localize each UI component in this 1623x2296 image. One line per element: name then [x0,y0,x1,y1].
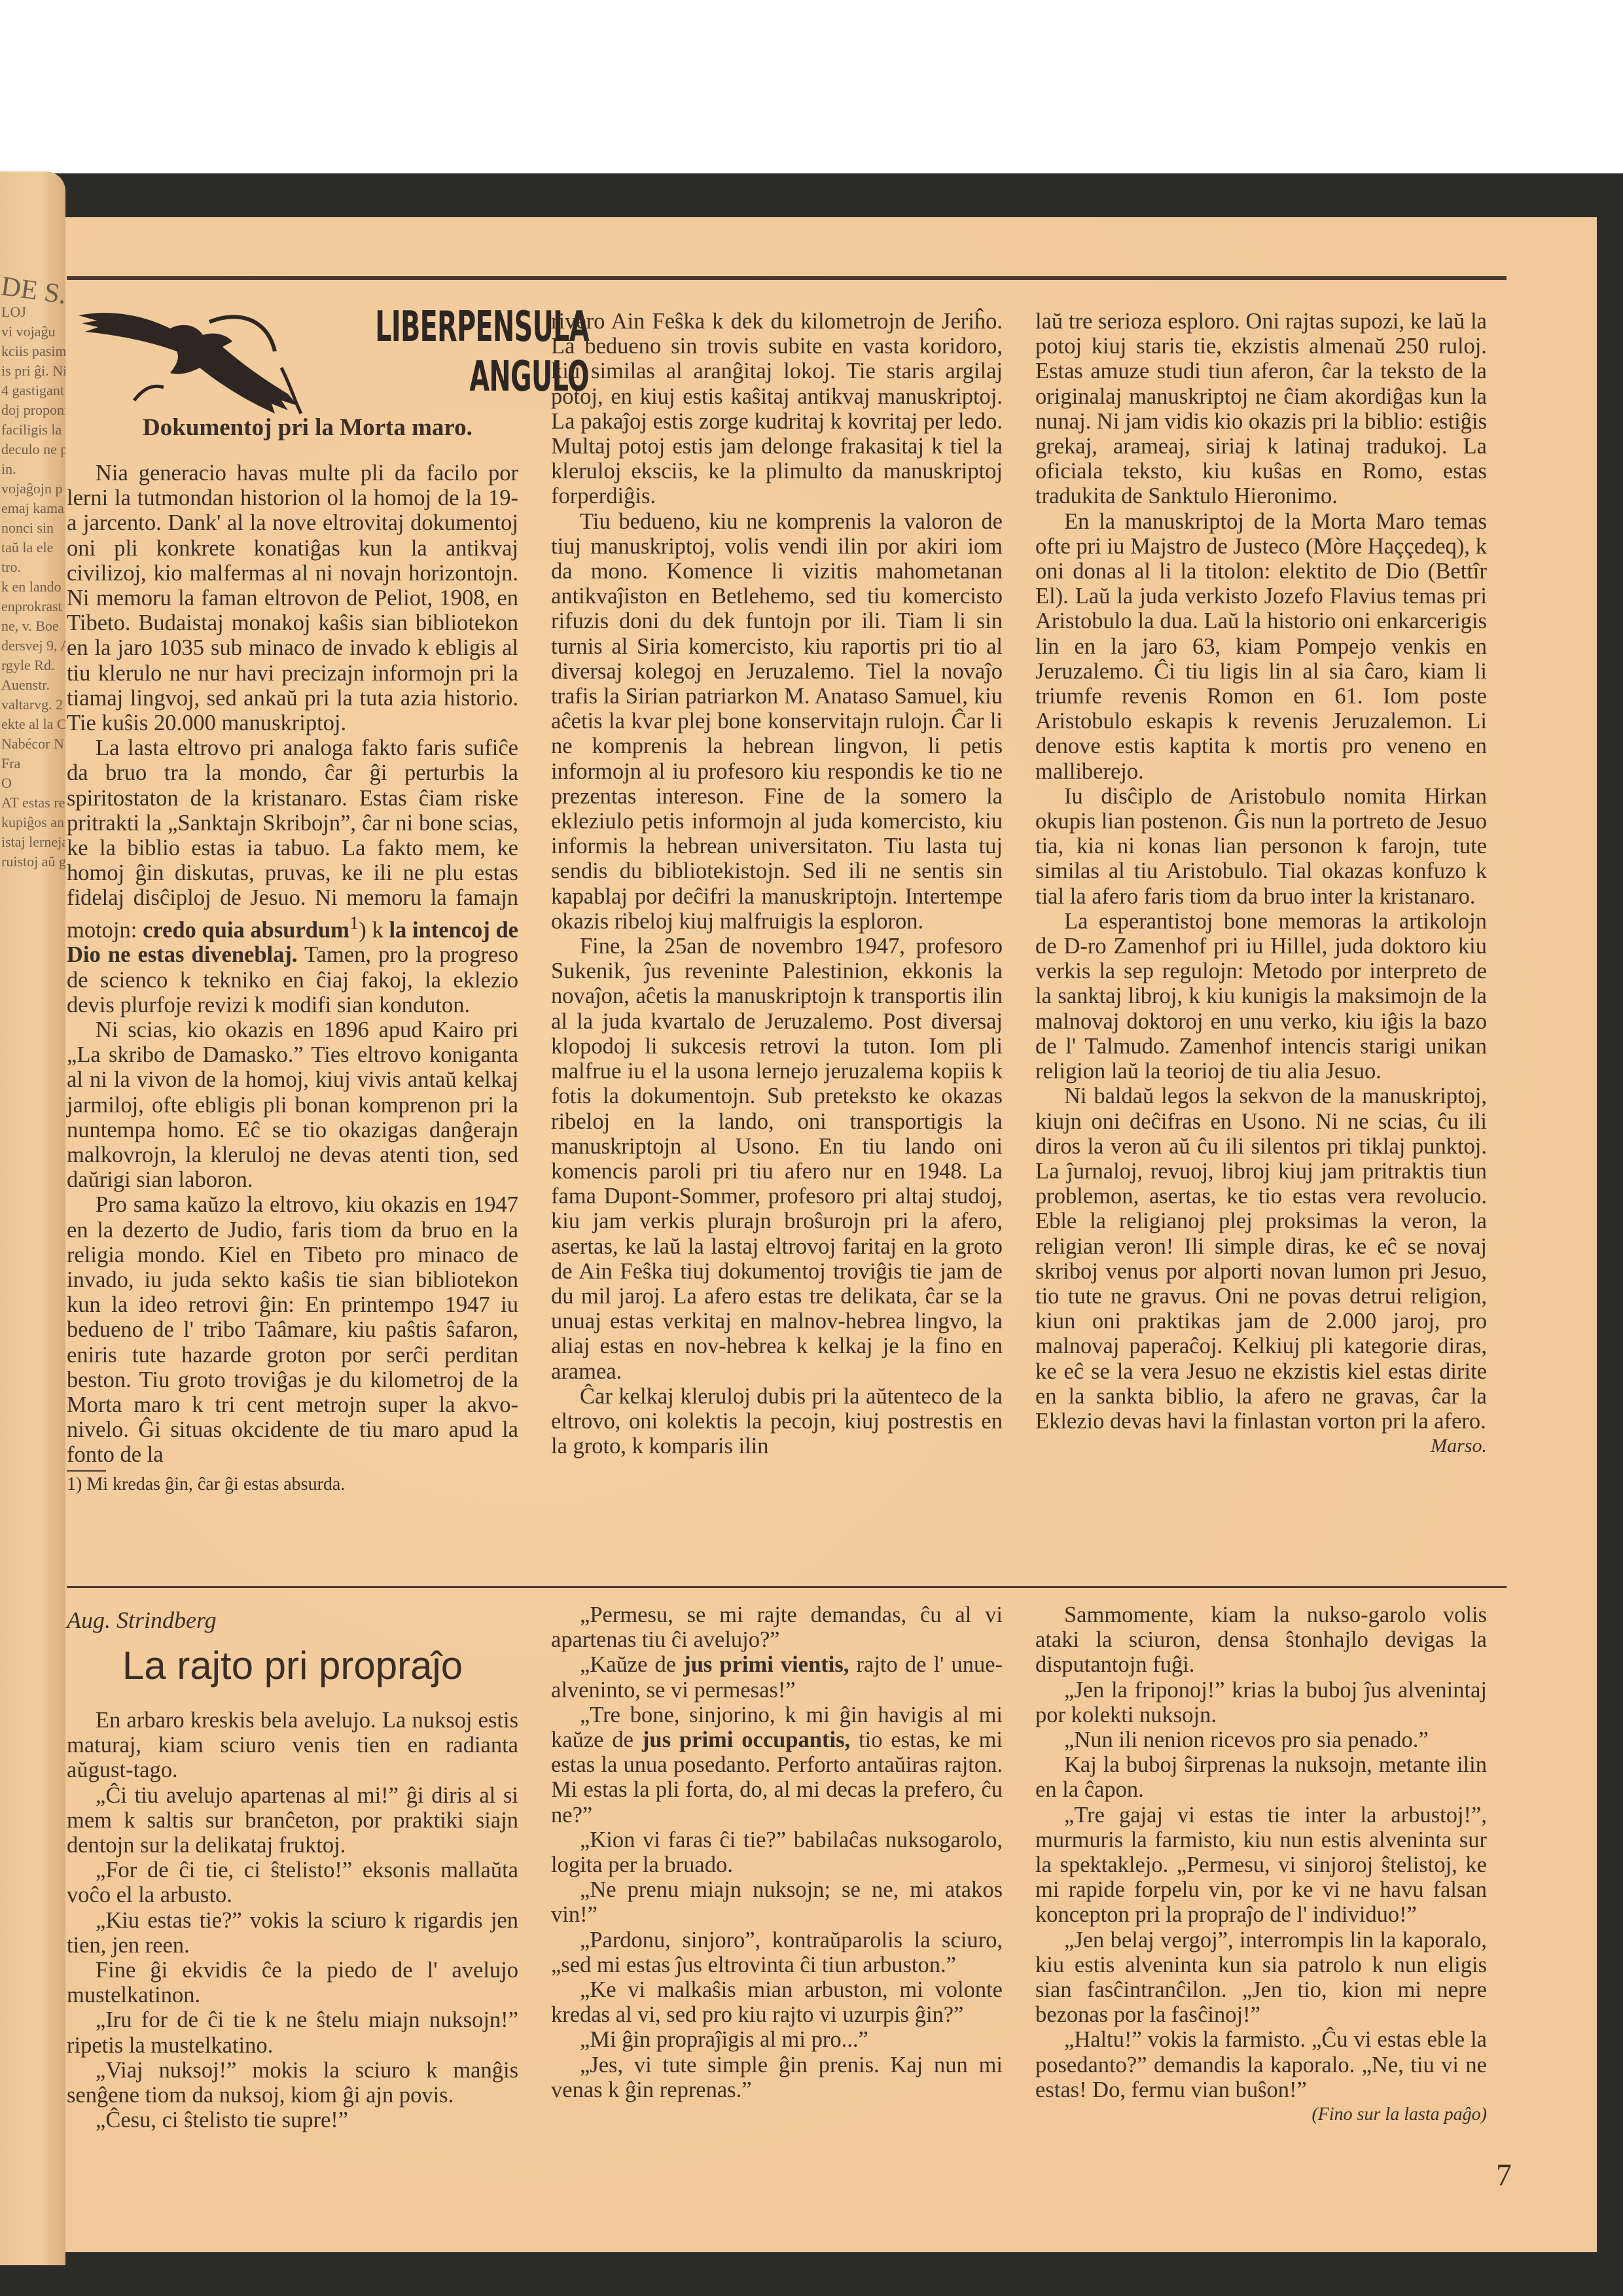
adjacent-page-fragment: ruistoj aŭ g [0,852,65,872]
paragraph: „Kaŭze de jus primi vientis, rajto de l'… [551,1652,1003,1702]
author-signature: Marso. [1431,1434,1487,1458]
story-column-3: Sammomente, kiam la nukso-garolo vo­lis … [1035,1602,1487,2127]
paragraph: Fine, la 25an de novembro 1947, profe­so… [551,934,1003,1384]
paragraph: rivero Ain Feŝka k dek du kilometrojn de… [551,309,1003,509]
adjacent-page-fragment: nonci sin [0,518,65,538]
adjacent-page-fragment: kupiĝos an [0,813,65,832]
paragraph: La esperantistoj bone memoras la arti­ko… [1035,909,1487,1084]
footnote-marker: 1 [349,913,359,934]
paragraph: „Kion vi faras ĉi tie?” babilaĉas nukso­… [551,1828,1003,1877]
latin-phrase: jus primi vientis, [683,1652,849,1677]
latin-motto: credo quia absurdum [143,917,349,942]
paragraph: „Haltu!” vokis la farmisto. „Ĉu vi estas… [1035,2027,1487,2102]
story-column-2: „Permesu, se mi rajte demandas, ĉu al vi… [551,1602,1003,2102]
paragraph: Ni baldaŭ legos la sekvon de la manus­kr… [1035,1084,1487,1434]
adjacent-page-fragment: kciis pasim [0,342,65,361]
story-author: Aug. Strindberg [67,1606,518,1634]
adjacent-page-fragment: ekte al la C [0,715,65,734]
paragraph: „Jes, vi tute simple ĝin prenis. Kaj nun… [551,2053,1003,2102]
adjacent-page-fragment: enprokrast [0,597,65,616]
section-divider [67,1586,1507,1588]
paragraph: „Ke vi malkaŝis mian arbuston, mi vo­lon… [551,1977,1003,2027]
top-rule [67,276,1507,280]
paragraph: „Tre bone, sinjorino, k mi ĝin havigis a… [551,1703,1003,1828]
paragraph: Sammomente, kiam la nukso-garolo vo­lis … [1035,1602,1487,1678]
adjacent-page-fragment: 4 gastigant [0,381,65,400]
adjacent-page-fragment: ne, v. Boe [0,616,65,636]
adjacent-page-fragment: tro. [0,557,65,577]
adjacent-page-fragment: dersvej 9, A [0,636,65,656]
paragraph: Ni scias, kio okazis en 1896 apud Kairo … [67,1017,518,1192]
adjacent-page-fragment: vojaĝojn p [0,479,65,499]
paragraph: La lasta eltrovo pri analoga fakto faris… [67,735,518,1017]
adjacent-page-fragment: Nabécor N [0,734,65,754]
paragraph: En la manuskriptoj de la Morta Maro tema… [1035,509,1487,784]
adjacent-page-fragment: k en lando [0,577,65,597]
adjacent-page-fragment: taŭ la ele [0,538,65,557]
paragraph: „Pardonu, sinjoro”, kontraŭparolis la sc… [551,1928,1003,1977]
paragraph: „For de ĉi tie, ci ŝtelisto!” eksonis ma… [67,1858,518,1907]
magazine-page: LIBERPENSULA ANGULO Dokumentoj pri la Mo… [65,217,1597,2252]
paragraph-text: La lasta eltrovo pri analoga fakto faris… [67,735,518,942]
adjacent-page-fragment: faciligis la [0,420,65,440]
paragraph: „Nun ili nenion ricevos pro sia penado.” [1035,1727,1487,1752]
paragraph: „Ĉi tiu avelujo apartenas al mi!” ĝi dir… [67,1783,518,1858]
paragraph: En arbaro kreskis bela avelujo. La nuk­s… [67,1708,518,1783]
paragraph: Iu disĉiplo de Aristobulo nomita Hirkan … [1035,784,1487,909]
paragraph: laŭ tre serioza esploro. Oni rajtas supo… [1035,309,1487,509]
paragraph: Ĉar kelkaj kleruloj dubis pri la aŭten­t… [551,1384,1003,1459]
adjacent-page-fragment: emaj kama [0,499,65,518]
paragraph: „Ne prenu miajn nuksojn; se ne, mi atako… [551,1877,1003,1927]
article-column-1: Nia generacio havas multe pli da facilo … [67,461,518,1495]
article-title: Dokumentoj pri la Morta maro. [124,414,491,442]
adjacent-page-fragment: AT estas re [0,793,65,813]
article-column-3: laŭ tre serioza esploro. Oni rajtas supo… [1035,309,1487,1458]
paragraph: „Jen belaj vergoj”, interrompis lin la k… [1035,1928,1487,2028]
paragraph: „Kiu estas tie?” vokis la sciuro k rigar… [67,1908,518,1958]
story-title: La rajto pri propraĵo [67,1640,518,1692]
paragraph-text: „Kaŭze de [580,1652,683,1677]
adjacent-page-fragment: doj proponis [0,400,65,420]
signature-line: Marso. [1035,1434,1487,1458]
paragraph: Kaj la buboj ŝirprenas la nuksojn, me­ta… [1035,1752,1487,1802]
latin-phrase: jus primi occupantis, [642,1727,850,1752]
footnote: 1) Mi kredas ĝin, ĉar ĝi estas absurda. [67,1474,518,1495]
paragraph: Tiu bedueno, kiu ne komprenis la valoron… [551,509,1003,934]
adjacent-page-fragment: rgyle Rd. [0,656,65,675]
adjacent-page-fragment: is pri ĝi. Ni [0,361,65,381]
paragraph: „Tre gajaj vi estas tie inter la arbusto… [1035,1803,1487,1928]
paragraph: „Permesu, se mi rajte demandas, ĉu al vi… [551,1602,1003,1652]
paragraph: „Ĉesu, ci ŝtelisto tie supre!” [67,2108,518,2132]
paragraph: „Jen la friponoj!” krias la buboj ĵus al… [1035,1678,1487,1727]
page-number: 7 [1496,2157,1512,2193]
adjacent-page-fragment: deculo ne p [0,440,65,459]
adjacent-page-fragment: in. [0,459,65,479]
paragraph-text: ) k [359,917,383,942]
eagle-icon [72,296,353,427]
adjacent-page-fragment: Auenstr. [0,675,65,695]
adjacent-page-fragment: valtarvg. 2 [0,695,65,715]
adjacent-page-strip: DE S.A LOJ vi vojaĝu kciis pasim is pri … [0,171,65,2265]
adjacent-page-fragment: istaj lerneja [0,832,65,852]
paragraph: Fine ĝi ekvidis ĉe la piedo de l' aveluj… [67,1958,518,2007]
story-column-1: Aug. Strindberg La rajto pri propraĵo En… [67,1606,518,2132]
paragraph: Nia generacio havas multe pli da facilo … [67,461,518,735]
article-column-2: rivero Ain Feŝka k dek du kilometrojn de… [551,309,1003,1458]
continuation-note: (Fino sur la lasta paĝo) [1311,2102,1487,2127]
adjacent-page-fragment: Fra [0,754,65,773]
adjacent-page-fragment: LOJ [0,302,65,322]
continuation-line: (Fino sur la lasta paĝo) [1035,2102,1487,2127]
adjacent-page-fragment: O [0,773,65,793]
paragraph: „Viaj nuksoj!” mokis la sciuro k man­ĝis… [67,2058,518,2108]
footnote-divider [67,1470,106,1472]
paragraph: Pro sama kaŭzo la eltrovo, kiu okazis en… [67,1192,518,1467]
adjacent-page-fragment: vi vojaĝu [0,322,65,342]
paragraph: „Iru for de ĉi tie k ne ŝtelu miajn nuk­… [67,2007,518,2057]
paragraph: „Mi ĝin propraĵigis al mi pro...” [551,2027,1003,2052]
